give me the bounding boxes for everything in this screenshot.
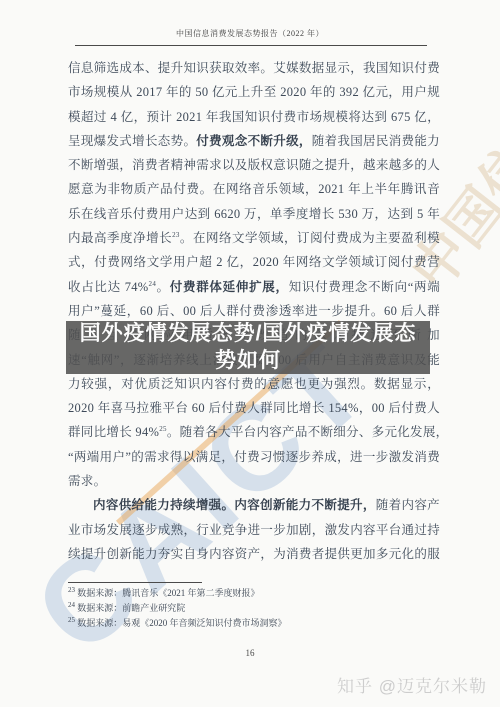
zhihu-watermark: 知乎 @迈克尔米勒 [337, 672, 487, 697]
text-segment: 内最高季度净增长 [68, 231, 172, 245]
footnote-mark: 24 [68, 601, 75, 609]
text-line: 愿意为非物质产品付费。在网络音乐领域，2021 年上半年腾讯音 [68, 177, 440, 201]
text-segment: 付费观念不断升级， [196, 134, 311, 148]
header-rule [75, 45, 427, 46]
text-line: 呈现爆发式增长态势。付费观念不断升级，随着我国居民消费能力 [68, 129, 440, 153]
text-line: 用户”蔓延，60 后、00 后人群付费渗透率进一步提升。60 后人群 [68, 299, 440, 323]
text-segment: 。 [156, 280, 170, 294]
footnote-text: 数据来源：前瞻产业研究院 [75, 603, 185, 613]
report-page: CAICT 中国信通院 中国信息消费发展态势报告（2022 年） 信息筛选成本、… [0, 0, 500, 707]
text-segment: 需求。 [68, 474, 106, 488]
text-segment: 式，付费网络文学用户超 2 亿，2020 年网络文学领域订阅付费营 [68, 255, 440, 269]
text-line: 2020 年喜马拉雅平台 60 后付费人群同比增长 154%，00 后付费人 [68, 396, 440, 420]
footnote-item: 25 数据来源：易观《2020 年音频泛知识付费市场洞察》 [68, 619, 440, 628]
text-segment: 群同比增长 94% [68, 425, 159, 439]
text-line: 业市场发展逐步成熟，行业竞争进一步加剧，激发内容平台通过持 [68, 518, 440, 542]
text-segment: 知识付费理念不断向“两端 [289, 280, 440, 294]
text-segment: “两端用户”的需求得以满足，付费习惯逐步养成，进一步激发消费 [68, 450, 440, 464]
overlay-banner-line2: 势如何 [66, 348, 430, 375]
footnotes: 23 数据来源：腾讯音乐《2021 年第二季度财报》24 数据来源：前瞻产业研究… [68, 582, 440, 628]
text-segment: 乐在线音乐付费用户达到 6620 万，单季度增长 530 万，达到 5 年 [68, 207, 440, 221]
text-line: 市场规模从 2017 年的 50 亿元上升至 2020 年的 392 亿元，用户… [68, 80, 440, 104]
footnote-text: 数据来源：易观《2020 年音频泛知识付费市场洞察》 [75, 618, 287, 628]
text-line: 信息筛选成本、提升知识获取效率。艾媒数据显示，我国知识付费 [68, 56, 440, 80]
text-segment: 用户”蔓延，60 后、00 后人群付费渗透率进一步提升。60 后人群 [68, 304, 440, 318]
text-segment: 付费群体延伸扩展， [170, 280, 289, 294]
footnote-separator [68, 582, 202, 583]
text-segment: 续提升创新能力夯实自身内容资产，为消费者提供更加多元化的服 [68, 547, 440, 561]
report-header-title: 中国信息消费发展态势报告（2022 年） [0, 28, 500, 39]
text-line: “两端用户”的需求得以满足，付费习惯逐步养成，进一步激发消费 [68, 445, 440, 469]
text-segment: 呈现爆发式增长态势。 [68, 134, 196, 148]
text-segment: 2020 年喜马拉雅平台 60 后付费人群同比增长 154%，00 后付费人 [68, 401, 440, 415]
text-line: 式，付费网络文学用户超 2 亿，2020 年网络文学领域订阅付费营 [68, 250, 440, 274]
footnote-ref: 25 [159, 425, 167, 433]
page-number: 16 [0, 648, 500, 658]
footnote-item: 23 数据来源：腾讯音乐《2021 年第二季度财报》 [68, 589, 440, 598]
text-line: 内容供给能力持续增强。内容创新能力不断提升，随着内容产 [68, 493, 440, 517]
text-segment: 收占比达 74% [68, 280, 149, 294]
text-segment: 市场规模从 2017 年的 50 亿元上升至 2020 年的 392 亿元，用户… [68, 85, 440, 99]
footnote-mark: 25 [68, 616, 75, 624]
text-segment: 模超过 4 亿，预计 2021 年我国知识付费市场规模将达到 675 亿， [68, 110, 440, 124]
text-segment: 。在网络文学领域，订阅付费成为主要盈利模 [180, 231, 440, 245]
text-line: 内最高季度净增长23。在网络文学领域，订阅付费成为主要盈利模 [68, 226, 440, 250]
text-segment: 不断增强，消费者精神需求以及版权意识随之提升，越来越多的人 [68, 158, 440, 172]
text-segment: 愿意为非物质产品付费。在网络音乐领域，2021 年上半年腾讯音 [68, 182, 440, 196]
text-line: 收占比达 74%24。付费群体延伸扩展，知识付费理念不断向“两端 [68, 275, 440, 299]
footnote-ref: 23 [172, 231, 180, 239]
overlay-banner: 国外疫情发展态势/国外疫情发展态 势如何 [66, 321, 430, 374]
footnote-mark: 23 [68, 586, 75, 594]
text-segment: 内容供给能力持续增强。内容创新能力不断提升， [93, 498, 376, 512]
text-segment: 随着我国居民消费能力 [312, 134, 440, 148]
footnote-text: 数据来源：腾讯音乐《2021 年第二季度财报》 [75, 588, 260, 598]
text-line: 不断增强，消费者精神需求以及版权意识随之提升，越来越多的人 [68, 153, 440, 177]
footnote-item: 24 数据来源：前瞻产业研究院 [68, 604, 440, 613]
text-segment: 力较强，对优质泛知识内容付费的意愿也更为强烈。数据显示， [68, 377, 440, 391]
text-segment: 信息筛选成本、提升知识获取效率。艾媒数据显示，我国知识付费 [68, 61, 440, 75]
text-segment: 随着内容产 [376, 498, 440, 512]
text-segment: 。随着各大平台内容产品不断细分、多元化发展， [167, 425, 440, 439]
text-line: 模超过 4 亿，预计 2021 年我国知识付费市场规模将达到 675 亿， [68, 105, 440, 129]
text-line: 乐在线音乐付费用户达到 6620 万，单季度增长 530 万，达到 5 年 [68, 202, 440, 226]
text-segment: 业市场发展逐步成熟，行业竞争进一步加剧，激发内容平台通过持 [68, 523, 440, 537]
body-text: 信息筛选成本、提升知识获取效率。艾媒数据显示，我国知识付费市场规模从 2017 … [68, 56, 440, 566]
overlay-banner-line1: 国外疫情发展态势/国外疫情发展态 [66, 321, 430, 348]
text-line: 续提升创新能力夯实自身内容资产，为消费者提供更加多元化的服 [68, 542, 440, 566]
text-line: 群同比增长 94%25。随着各大平台内容产品不断细分、多元化发展， [68, 420, 440, 444]
footnote-ref: 24 [149, 280, 157, 288]
text-line: 需求。 [68, 469, 440, 493]
text-line: 力较强，对优质泛知识内容付费的意愿也更为强烈。数据显示， [68, 372, 440, 396]
